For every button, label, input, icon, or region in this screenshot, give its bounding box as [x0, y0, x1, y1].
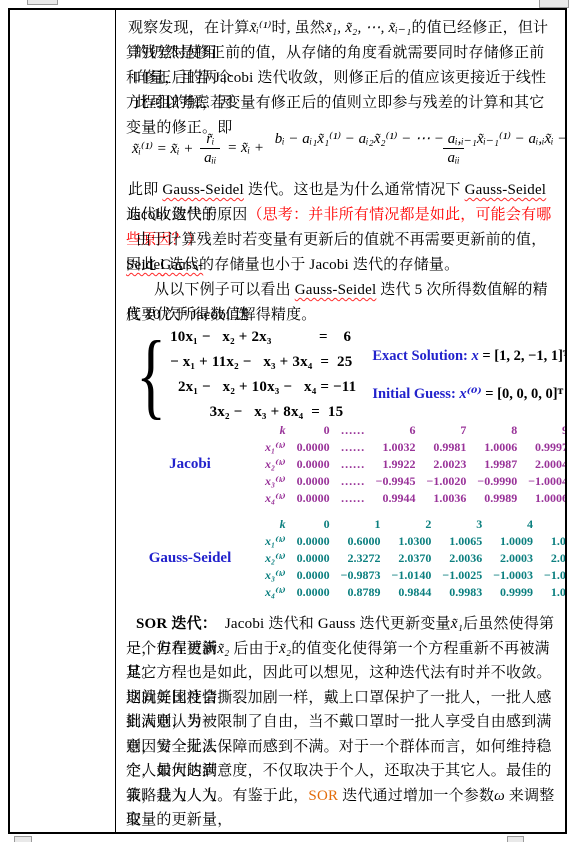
text-line: 此即 Gauss-Seidel 迭代。这也是为什么通常情况下 Gauss-Sei… [126, 178, 555, 203]
table-row: x₃⁽ᵏ⁾0.0000−0.9873−1.0140−1.0025−1.0003−… [254, 567, 565, 584]
text-line: 此可以考虑若变量有修正后的值则立即参与残差的计算和其它变量的修正。即 [126, 91, 555, 116]
document-page: 观察发现，在计算x̃ᵢ⁽¹⁾时, 虽然x̃₁, x̃₂, ⋯, x̃ᵢ₋₁的值已… [0, 0, 575, 842]
exact-solution-value: = [1, 2, −1, 1]ᵀ [482, 348, 565, 365]
text-line: SOR 迭代： Jacobi 迭代和 Gauss 迭代更新变量x̃₁后虽然使得第… [126, 612, 555, 637]
page-edge-artifact-bottom-right [507, 836, 524, 842]
table-row: x₄⁽ᵏ⁾0.0000……0.99441.00360.99891.00060.9… [254, 490, 565, 507]
table-row: x₂⁽ᵏ⁾0.00002.32722.03702.00362.00032.000… [254, 550, 565, 567]
table-row: x₄⁽ᵏ⁾0.00000.87890.98440.99830.99991.000… [254, 584, 565, 601]
fraction-numerator: bᵢ − aᵢ₁x̃₁⁽¹⁾ − aᵢ₂x̃₂⁽¹⁾ − ⋯ − aᵢ,ᵢ₋₁x… [271, 130, 565, 148]
page-edge-artifact-bottom-left [14, 836, 32, 842]
table-row: x₁⁽ᵏ⁾0.0000……1.00320.99811.00060.99971.0… [254, 439, 565, 456]
text-line: − x₁ + 11x₂ − x₃ + 3x₄ = 25 [170, 350, 356, 375]
expanded-fraction: bᵢ − aᵢ₁x̃₁⁽¹⁾ − aᵢ₂x̃₂⁽¹⁾ − ⋯ − aᵢ,ᵢ₋₁x… [271, 130, 565, 167]
text-line: 向量，且若 Jacobi 迭代收敛，则修正后的值应该更接近于线性方程组的解，因 [126, 66, 555, 91]
text-line: 个人最大的满意度，不仅取决于个人，还取决于其它人。最佳的策略是人人为 [126, 759, 555, 784]
formula-mid: = x̃ᵢ + [223, 140, 267, 157]
text-line: 2x₁ − x₂ + 10x₃ − x₄ = −11 [170, 375, 356, 400]
text-line: 批人则认为被限制了自由，当不戴口罩时一批人享受自由感到满意，另一批人 [126, 710, 555, 735]
fraction-numerator: r̃ᵢ [202, 130, 218, 148]
initial-guess-label: Initial Guess: [372, 386, 455, 403]
table-row: x₁⁽ᵏ⁾0.00000.60001.03001.00651.00091.000… [254, 533, 565, 550]
text-line: 期间美国社会撕裂加剧一样，戴上口罩保护了一批人，一批人感到满意，另一 [126, 686, 555, 711]
equation-system: 10x₁ − x₂ + 2x₃ = 6− x₁ + 11x₂ − x₃ + 3x… [170, 325, 356, 425]
text-line: 从以下例子可以看出 Gauss-Seidel 迭代 5 次所得数值解的精度要优于… [126, 278, 555, 303]
fraction-denominator: aᵢᵢ [200, 148, 220, 167]
text-line: 的仍然是修正前的值，从存储的角度看就需要同时存储修正前和修正后的两个 [126, 41, 555, 66]
table-row: x₂⁽ᵏ⁾0.0000……1.99222.00231.99872.00041.9… [254, 456, 565, 473]
residual-fraction: r̃ᵢ aᵢᵢ [200, 130, 220, 167]
page-edge-artifact-top-left [27, 0, 58, 5]
exact-solution-label: Exact Solution: [372, 348, 467, 365]
text-line: 由于计算残差时若变量有更新后的值就不再需要更新前的值，因此 Gauss- [126, 228, 555, 253]
text-line: 观察发现，在计算x̃ᵢ⁽¹⁾时, 虽然x̃₁, x̃₂, ⋯, x̃ᵢ₋₁的值已… [126, 16, 555, 41]
initial-guess-line: Initial Guess: x⁽⁰⁾ = [0, 0, 0, 0]ᵀ [372, 375, 565, 413]
text-line: Seidel 迭代的存储量也小于 Jacobi 迭代的存储量。 [126, 253, 555, 278]
text-line: 则因安全无法保障而感到不满。对于一个群体而言，如何维持稳定，如何达到 [126, 735, 555, 760]
text-line: 足，但在更新x̃₂ 后由于x̃₂的值变化使得第一个方程重新不再被满足。 [126, 637, 555, 662]
intro-paragraph: 观察发现，在计算x̃ᵢ⁽¹⁾时, 虽然x̃₁, x̃₂, ⋯, x̃ᵢ₋₁的值已… [126, 16, 555, 116]
left-margin-column [10, 10, 116, 832]
gauss-seidel-iteration-table: k012345x₁⁽ᵏ⁾0.00000.60001.03001.00651.00… [254, 516, 565, 601]
text-line: 我，我为人人。有鉴于此，SOR 迭代通过增加一个参数ω 来调整变量的更新量， [126, 784, 555, 809]
gs-discussion-paragraph: 此即 Gauss-Seidel 迭代。这也是为什么通常情况下 Gauss-Sei… [126, 178, 555, 328]
table-row: x₃⁽ᵏ⁾0.0000……−0.9945−1.0020−0.9990−1.000… [254, 473, 565, 490]
jacobi-label: Jacobi [126, 456, 254, 473]
equation-system-block: { 10x₁ − x₂ + 2x₃ = 6− x₁ + 11x₂ − x₃ + … [128, 332, 555, 418]
iteration-table: k012345x₁⁽ᵏ⁾0.00000.60001.03001.00651.00… [254, 516, 565, 601]
sor-paragraph: SOR 迭代： Jacobi 迭代和 Gauss 迭代更新变量x̃₁后虽然使得第… [126, 612, 555, 832]
text-line: 其它方程也是如此，因此可以想见，这种迭代法有时并不收敛。这就好比疫情 [126, 661, 555, 686]
fraction-denominator: aᵢᵢ [443, 148, 463, 167]
text-line: Jacobi 迭代的原因（思考：并非所有情况都是如此，可能会有哪些原因？） [126, 203, 555, 228]
solution-annotations: Exact Solution: x = [1, 2, −1, 1]ᵀ Initi… [372, 337, 565, 413]
page-table: 观察发现，在计算x̃ᵢ⁽¹⁾时, 虽然x̃₁, x̃₂, ⋯, x̃ᵢ₋₁的值已… [8, 8, 567, 834]
content-cell: 观察发现，在计算x̃ᵢ⁽¹⁾时, 虽然x̃₁, x̃₂, ⋯, x̃ᵢ₋₁的值已… [116, 10, 565, 832]
system-brace: { [136, 332, 166, 418]
page-edge-artifact-top-right [539, 0, 569, 8]
jacobi-iteration-block: Jacobi k0……678910x₁⁽ᵏ⁾0.0000……1.00320.99… [126, 420, 555, 508]
gauss-seidel-label: Gauss-Seidel [126, 550, 254, 567]
gauss-seidel-iteration-block: Gauss-Seidel k012345x₁⁽ᵏ⁾0.00000.60001.0… [126, 514, 555, 602]
initial-guess-value: = [0, 0, 0, 0]ᵀ [485, 386, 563, 403]
text-line: 10x₁ − x₂ + 2x₃ = 6 [170, 325, 356, 350]
initial-guess-variable: x⁽⁰⁾ [456, 385, 486, 403]
formula-lhs: x̃ᵢ⁽¹⁾ = x̃ᵢ + [132, 139, 197, 158]
jacobi-iteration-table: k0……678910x₁⁽ᵏ⁾0.0000……1.00320.99811.000… [254, 422, 565, 507]
exact-solution-variable: x [468, 348, 483, 365]
exact-solution-line: Exact Solution: x = [1, 2, −1, 1]ᵀ [372, 337, 565, 375]
iteration-table: k0……678910x₁⁽ᵏ⁾0.0000……1.00320.99811.000… [254, 422, 565, 507]
